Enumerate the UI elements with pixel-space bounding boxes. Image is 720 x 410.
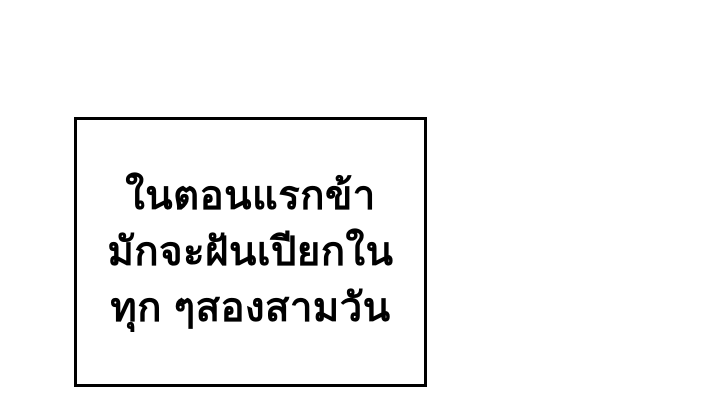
caption-line-2: มักจะฝันเปียกใน: [108, 224, 394, 280]
caption-line-1: ในตอนแรกข้า: [125, 168, 376, 224]
caption-box: ในตอนแรกข้า มักจะฝันเปียกใน ทุก ๆสองสามว…: [74, 117, 427, 387]
comic-panel: ในตอนแรกข้า มักจะฝันเปียกใน ทุก ๆสองสามว…: [0, 0, 720, 410]
caption-line-3: ทุก ๆสองสามวัน: [110, 280, 390, 336]
